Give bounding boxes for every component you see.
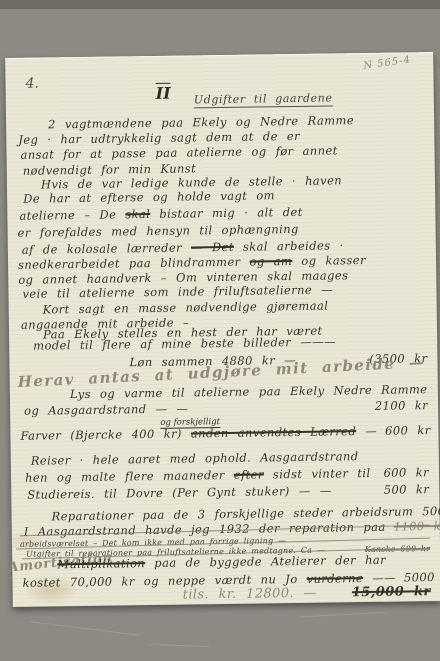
page-number: 4. [25, 76, 39, 92]
handwritten-line: er forefaldes med hensyn til ophængning [18, 221, 426, 239]
struck-text: vurderne [307, 571, 364, 586]
amount-value: 2100 kr [375, 399, 428, 412]
amount-value: 500 kr [384, 483, 430, 496]
expense-line-amortisation: Multiplikation paa de byggede Atelierer … [57, 553, 430, 570]
amount-value: 5000 kr [404, 571, 440, 584]
scratch-mark [150, 644, 210, 647]
archive-number: N 565-4 [363, 54, 412, 71]
heading-numeral: II [156, 84, 171, 103]
total-pencil: tils. kr. 12800. — [183, 587, 317, 603]
struck-text: skal [125, 207, 150, 221]
handwritten-line: Reiser · hele aaret med ophold. Aasgaard… [31, 449, 429, 467]
handwritten-line: atelierne – De skal bistaar mig · alt de… [19, 204, 425, 222]
backdrop-shadow-strip [0, 0, 440, 9]
struck-text: anden anvendtes Lærred [191, 424, 356, 440]
struck-text: Multiplikation [57, 556, 145, 571]
struck-total: 15,000 kr [352, 585, 431, 600]
scratch-mark [300, 612, 390, 618]
heading-title: Udgifter til gaardene [194, 91, 333, 108]
struck-text: — Det [191, 240, 234, 255]
expense-line-travel: hen og malte flere maaneder efter sidst … [25, 466, 429, 484]
total-line: tils. kr. 12800. —15,000 kr [183, 585, 431, 602]
expense-line-dovre: Studiereis. til Dovre (Per Gynt stuker) … [27, 483, 429, 501]
handwritten-line: Lys og varme til atelierne paa Ekely Ned… [70, 383, 428, 400]
expense-line-light-heat: og Aasgaardstrand — —2100 kr [24, 399, 428, 417]
manuscript-page: 4. N 565-4 II Udgifter til gaardene 2 va… [5, 52, 440, 607]
struck-text: og am [249, 254, 292, 269]
handwritten-line: 2 vagtmændene paa Ekely og Nedre Ramme [48, 113, 424, 130]
scratch-mark [30, 621, 139, 635]
struck-text: efter [234, 467, 264, 481]
struck-amount: 1100 kr [394, 520, 440, 533]
amount-value: 600 kr [385, 424, 431, 437]
expense-line-paints: Farver (Bjercke 400 kr) anden anvendtes … [20, 424, 428, 442]
amount-value: 600 kr [383, 466, 429, 479]
